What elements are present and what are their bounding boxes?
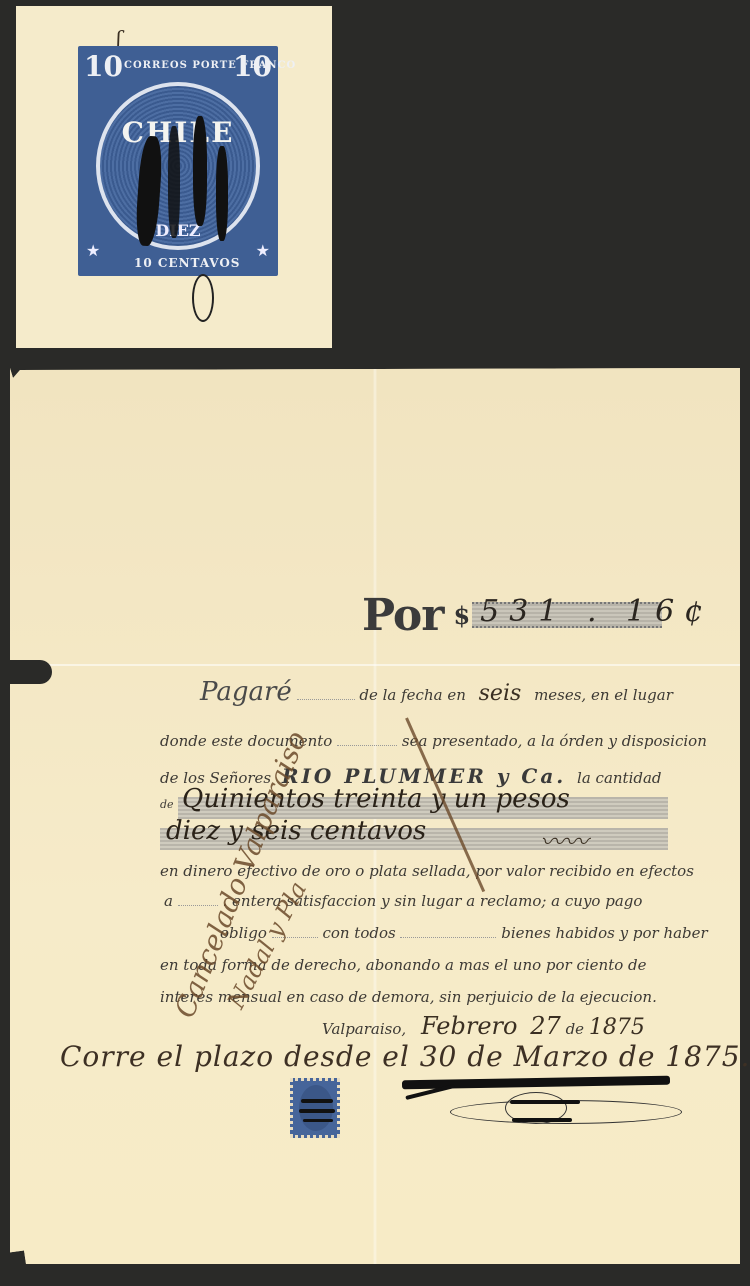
amount-field: 531 . 16¢ xyxy=(472,602,662,628)
pen-cancel-stroke xyxy=(299,1109,335,1113)
text-line-1: Pagaré de la fecha en seis meses, en el … xyxy=(200,677,673,707)
stamp-body: 10 10 CORREOS PORTE FRANCO CHILE DIEZ 10… xyxy=(78,46,278,276)
stamp-detail-panel: ʃ 10 10 CORREOS PORTE FRANCO CHILE DIEZ … xyxy=(16,6,332,348)
stamp-oval xyxy=(299,1085,333,1131)
pen-flourish xyxy=(192,274,214,322)
place: Valparaiso, xyxy=(322,1020,406,1038)
fill-flourish: 〰〰 xyxy=(540,822,588,857)
pen-cancel-stroke xyxy=(301,1099,333,1103)
star-icon: ★ xyxy=(256,241,270,260)
pen-cancel-stroke xyxy=(168,126,180,238)
date-month: Febrero xyxy=(421,1012,518,1040)
text-line-8: obligo con todos bienes habidos y por ha… xyxy=(220,924,708,942)
amount-value: 531 . 16¢ xyxy=(480,594,713,629)
pagare-title: Pagaré xyxy=(200,677,292,707)
paper-tear xyxy=(0,660,52,684)
stamp-top-text: CORREOS PORTE FRANCO xyxy=(124,60,296,71)
fold-line xyxy=(10,664,740,666)
struck-signature xyxy=(512,1118,572,1122)
stamp-bottom-text: 10 CENTAVOS xyxy=(134,256,240,270)
currency-symbol: $ xyxy=(453,601,470,630)
amount-words-1: Quinientos treinta y un pesos xyxy=(182,784,570,814)
stamp-value-left: 10 xyxy=(84,50,123,83)
handwritten-term: seis xyxy=(479,681,522,706)
amount-words-2: diez y seis centavos xyxy=(166,816,426,846)
date-day: 27 xyxy=(530,1012,561,1040)
date-year: 1875 xyxy=(589,1015,645,1040)
pen-cancel-stroke xyxy=(216,146,228,241)
postage-stamp-large: 10 10 CORREOS PORTE FRANCO CHILE DIEZ 10… xyxy=(78,46,278,276)
pen-cancel-stroke xyxy=(193,116,207,226)
place-date: Valparaiso, Febrero 27 de 1875 xyxy=(322,1012,645,1040)
star-icon: ★ xyxy=(86,241,100,260)
struck-signature xyxy=(510,1100,580,1104)
text-line-2: donde este documento sea presentado, a l… xyxy=(160,732,707,750)
revenue-stamp xyxy=(290,1078,340,1138)
pen-cancel-stroke xyxy=(303,1119,333,1122)
amount-label: Por xyxy=(362,590,443,641)
text-line-9: en toda forma de derecho, abonando a mas… xyxy=(160,956,647,974)
extension-annotation: Corre el plazo desde el 30 de Marzo de 1… xyxy=(60,1040,750,1073)
amount-row: Por $ 531 . 16¢ xyxy=(362,585,662,645)
